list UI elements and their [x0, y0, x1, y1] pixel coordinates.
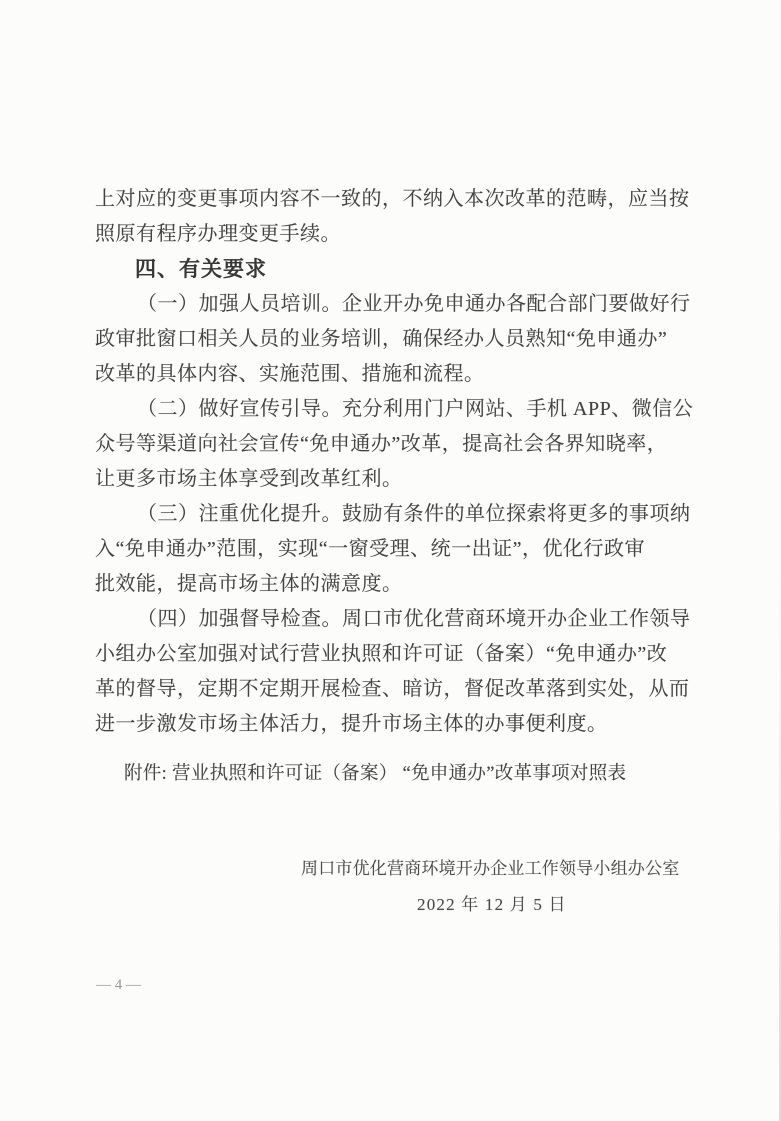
body-line: 革的督导，定期不定期开展检查、暗访，督促改革落到实处，从而: [95, 672, 707, 707]
date-line: 2022 年 12 月 5 日: [417, 890, 567, 915]
attachment-line: 附件: 营业执照和许可证（备案） “免申通办”改革事项对照表: [124, 759, 626, 785]
page-number: — 4 —: [96, 977, 141, 994]
paragraph-first-line: （三）注重优化提升。鼓励有条件的单位探索将更多的事项纳: [95, 497, 707, 532]
scanned-document-page: 上对应的变更事项内容不一致的，不纳入本次改革的范畴，应当按 照原有程序办理变更手…: [0, 0, 781, 1121]
body-line: 改革的具体内容、实施范围、措施和流程。: [95, 357, 707, 392]
body-line: 众号等渠道向社会宣传“免申通办”改革，提高社会各界知晓率，: [95, 427, 707, 462]
body-line: 小组办公室加强对试行营业执照和许可证（备案）“免申通办”改: [95, 637, 707, 672]
section-heading: 四、有关要求: [95, 252, 707, 287]
paragraph-first-line: （一）加强人员培训。企业开办免申通办各配合部门要做好行: [95, 287, 707, 322]
signature-line: 周口市优化营商环境开办企业工作领导小组办公室: [301, 854, 679, 879]
document-body: 上对应的变更事项内容不一致的，不纳入本次改革的范畴，应当按 照原有程序办理变更手…: [95, 182, 707, 742]
body-line: 批效能，提高市场主体的满意度。: [95, 567, 707, 602]
body-line: 入“免申通办”范围，实现“一窗受理、统一出证”，优化行政审: [95, 532, 707, 567]
paragraph-first-line: （二）做好宣传引导。充分利用门户网站、手机 APP、微信公: [95, 392, 707, 427]
body-line: 上对应的变更事项内容不一致的，不纳入本次改革的范畴，应当按: [95, 182, 707, 217]
body-line: 政审批窗口相关人员的业务培训，确保经办人员熟知“免申通办”: [95, 322, 707, 357]
body-line: 进一步激发市场主体活力，提升市场主体的办事便利度。: [95, 707, 707, 742]
body-line: 照原有程序办理变更手续。: [95, 217, 707, 252]
paragraph-first-line: （四）加强督导检查。周口市优化营商环境开办企业工作领导: [95, 602, 707, 637]
body-line: 让更多市场主体享受到改革红利。: [95, 462, 707, 497]
